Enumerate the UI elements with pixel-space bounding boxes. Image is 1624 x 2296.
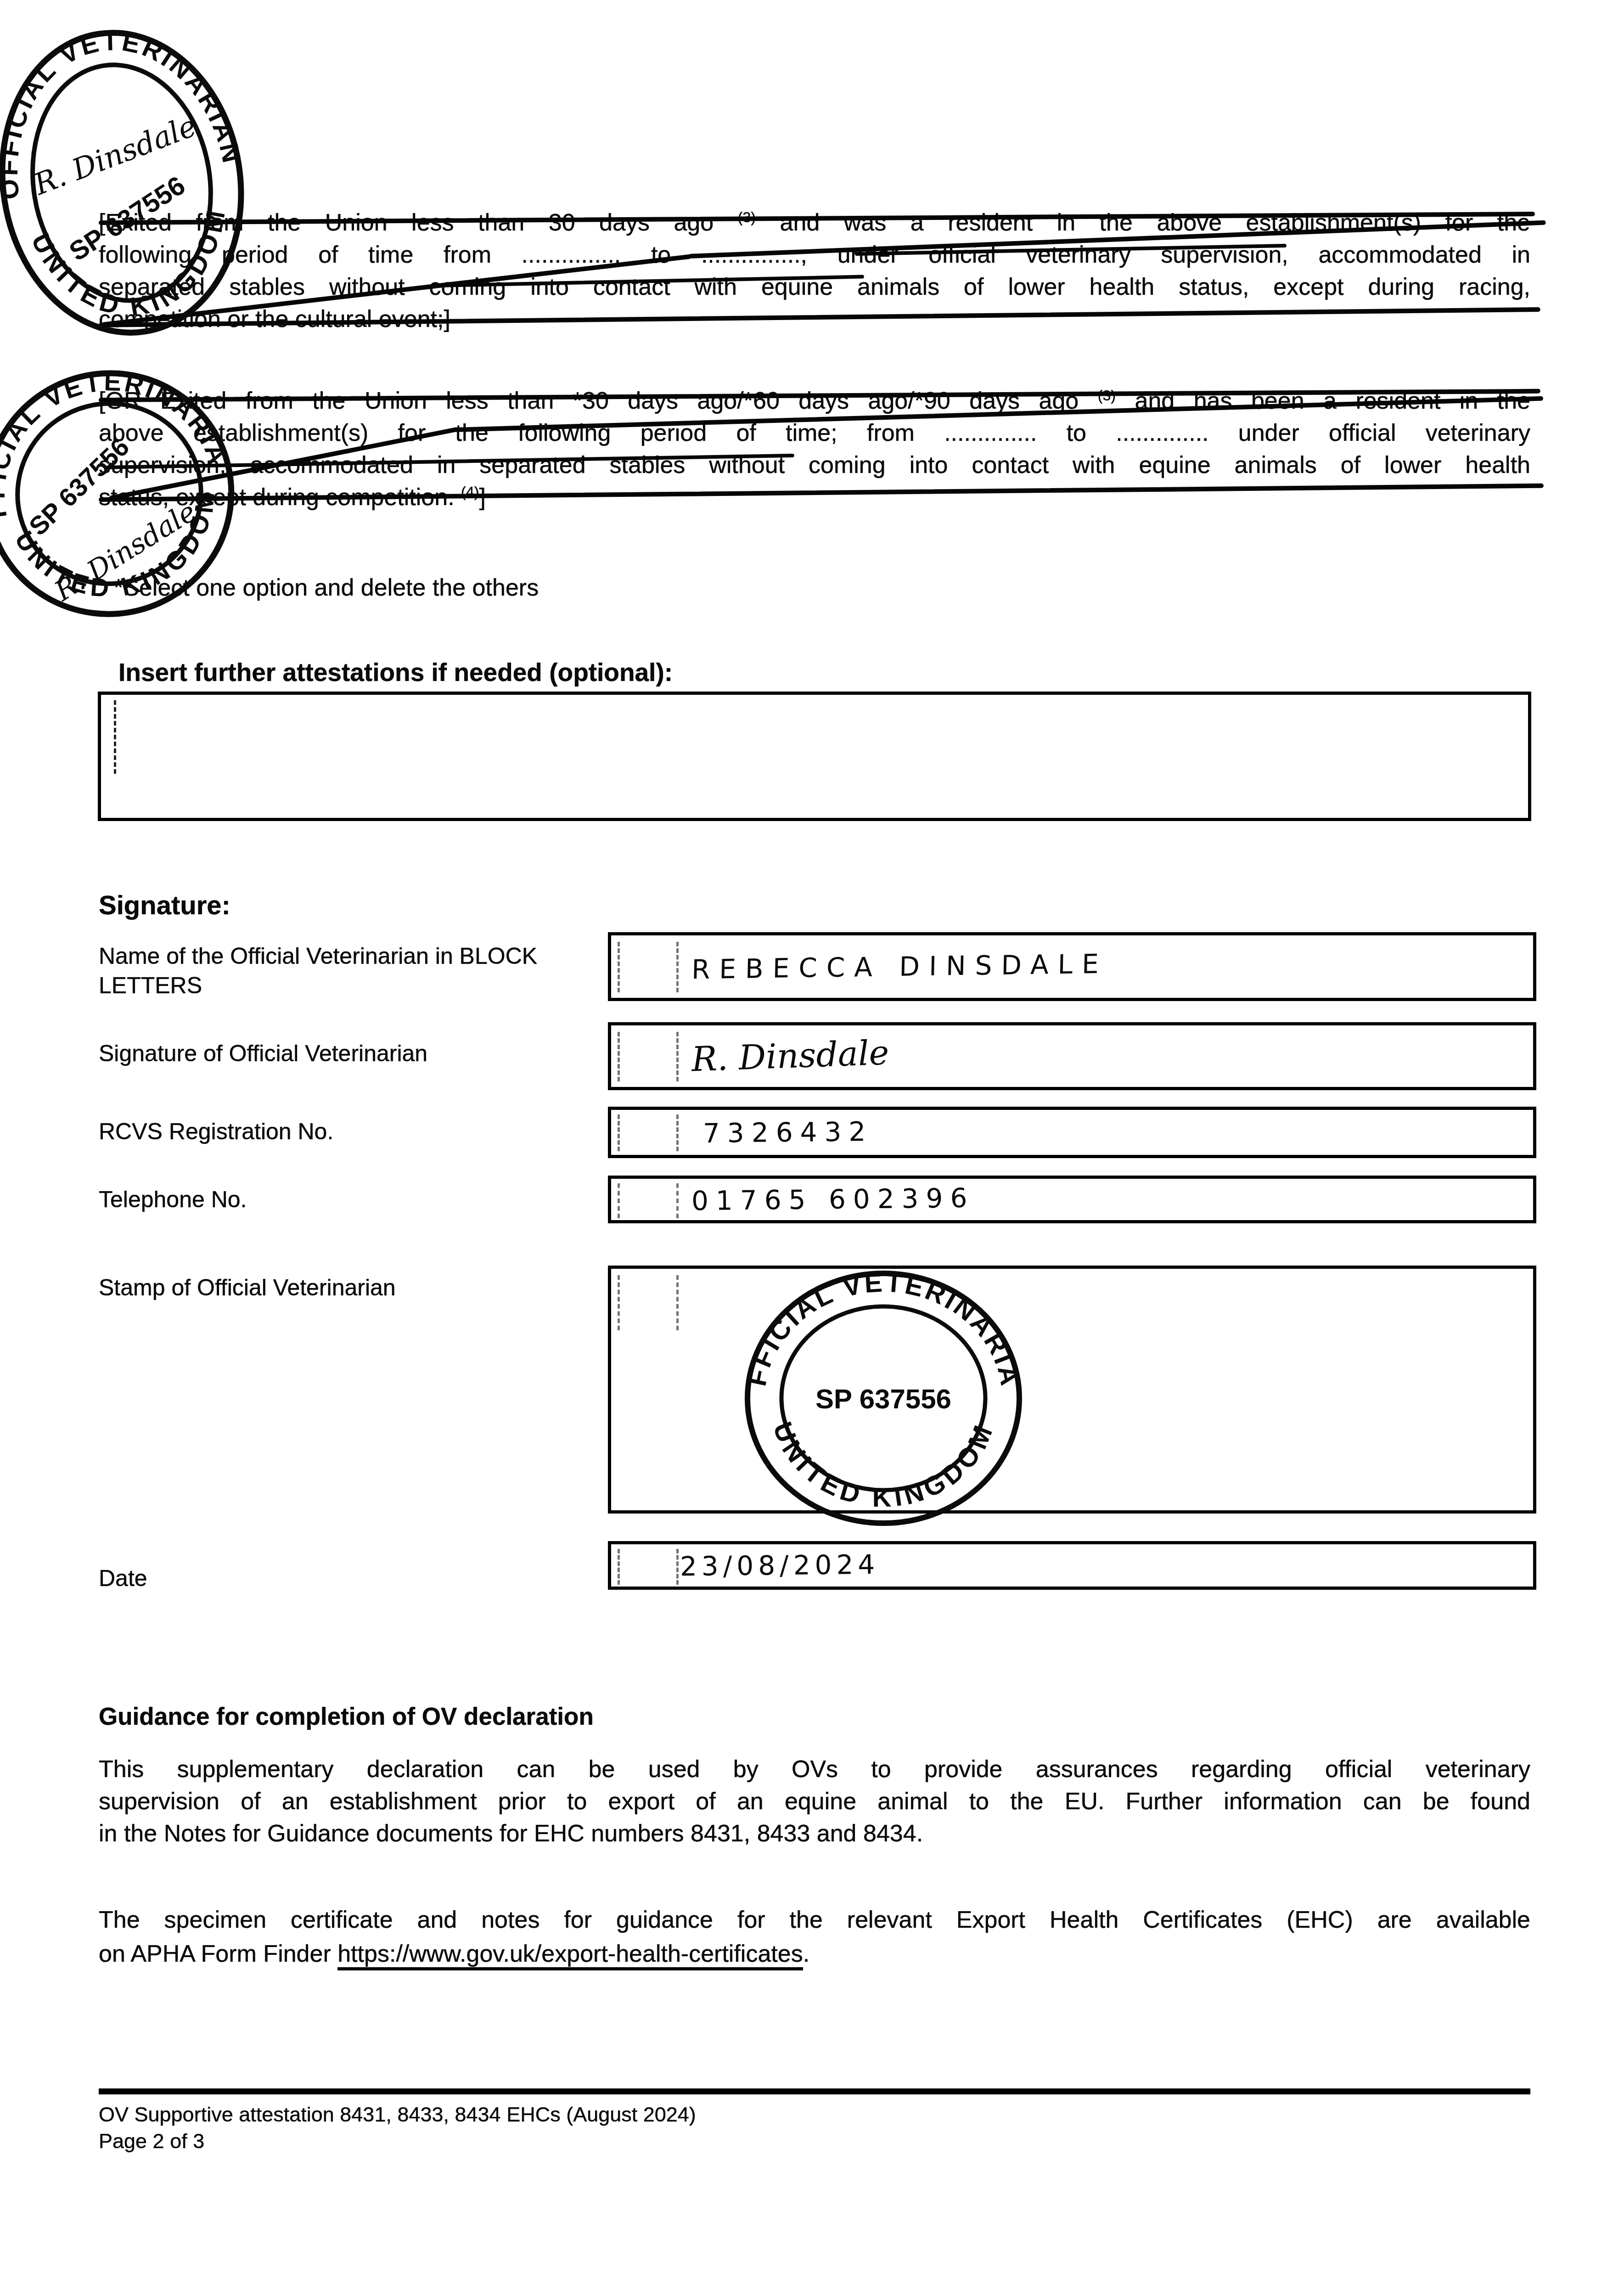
guidance-p2-line2: on APHA Form Finder https://www.gov.uk/e… xyxy=(99,1938,1530,1970)
date-field[interactable]: 23/08/2024 xyxy=(608,1541,1536,1590)
footer-rule xyxy=(99,2088,1530,2094)
date-value: 23/08/2024 xyxy=(680,1549,880,1582)
select-option-note: *Select one option and delete the others xyxy=(114,574,539,602)
rcvs-field[interactable]: 7326432 xyxy=(608,1107,1536,1158)
name-label: Name of the Official Veterinarian in BLO… xyxy=(99,941,595,1000)
field-divider xyxy=(676,1183,679,1218)
field-divider xyxy=(618,1549,620,1585)
field-divider xyxy=(618,1114,620,1151)
signature-section-heading: Signature: xyxy=(99,890,230,921)
attestation1-line2: following period of time from ..........… xyxy=(99,239,1530,271)
attestation2-line2: above establishment(s) for the following… xyxy=(99,417,1530,449)
name-value: REBECCA DINSDALE xyxy=(691,948,1108,985)
rcvs-value: 7326432 xyxy=(703,1116,873,1149)
stamp-signature: R. Dinsdale xyxy=(29,109,201,203)
telephone-value: 01765 602396 xyxy=(691,1182,975,1216)
further-attestations-heading: Insert further attestations if needed (o… xyxy=(118,658,673,687)
export-health-certificates-link[interactable]: https://www.gov.uk/export-health-certifi… xyxy=(337,1941,803,1970)
field-divider xyxy=(618,1183,620,1218)
guidance-p1-line3: in the Notes for Guidance documents for … xyxy=(99,1818,1530,1850)
field-divider xyxy=(618,942,620,992)
telephone-field[interactable]: 01765 602396 xyxy=(608,1176,1536,1223)
signature-label: Signature of Official Veterinarian xyxy=(99,1039,595,1068)
svg-text:OFFICIAL VETERINARIAN: OFFICIAL VETERINARIAN xyxy=(0,8,247,203)
field-divider xyxy=(676,1275,679,1330)
name-field[interactable]: REBECCA DINSDALE xyxy=(608,932,1536,1001)
guidance-p1-line2: supervision of an establishment prior to… xyxy=(99,1785,1530,1818)
field-divider xyxy=(676,1114,679,1151)
field-divider xyxy=(676,1549,679,1585)
guidance-p1-line1: This supplementary declaration can be us… xyxy=(99,1753,1530,1785)
footer-document-title: OV Supportive attestation 8431, 8433, 84… xyxy=(99,2101,696,2127)
stamp-field[interactable] xyxy=(608,1266,1536,1514)
guidance-heading: Guidance for completion of OV declaratio… xyxy=(99,1703,594,1731)
field-divider xyxy=(618,1275,620,1330)
stamp-arc-top: OFFICIAL VETERINARIAN xyxy=(0,8,247,203)
further-attestations-box[interactable] xyxy=(98,692,1531,821)
stamp-label: Stamp of Official Veterinarian xyxy=(99,1273,595,1302)
field-divider xyxy=(618,1032,620,1081)
field-divider xyxy=(676,1032,679,1081)
signature-field[interactable]: R. Dinsdale xyxy=(608,1022,1536,1090)
signature-value: R. Dinsdale xyxy=(691,1033,890,1080)
scanned-document-page: { "attestation_option1": { "line1_pre": … xyxy=(0,0,1624,2296)
field-divider xyxy=(676,942,679,992)
guidance-p2-line1: The specimen certificate and notes for g… xyxy=(99,1904,1530,1936)
telephone-label: Telephone No. xyxy=(99,1185,595,1214)
rcvs-label: RCVS Registration No. xyxy=(99,1117,595,1146)
cursor-mark xyxy=(114,700,116,774)
footer-page-number: Page 2 of 3 xyxy=(99,2128,204,2154)
date-label: Date xyxy=(99,1564,595,1593)
